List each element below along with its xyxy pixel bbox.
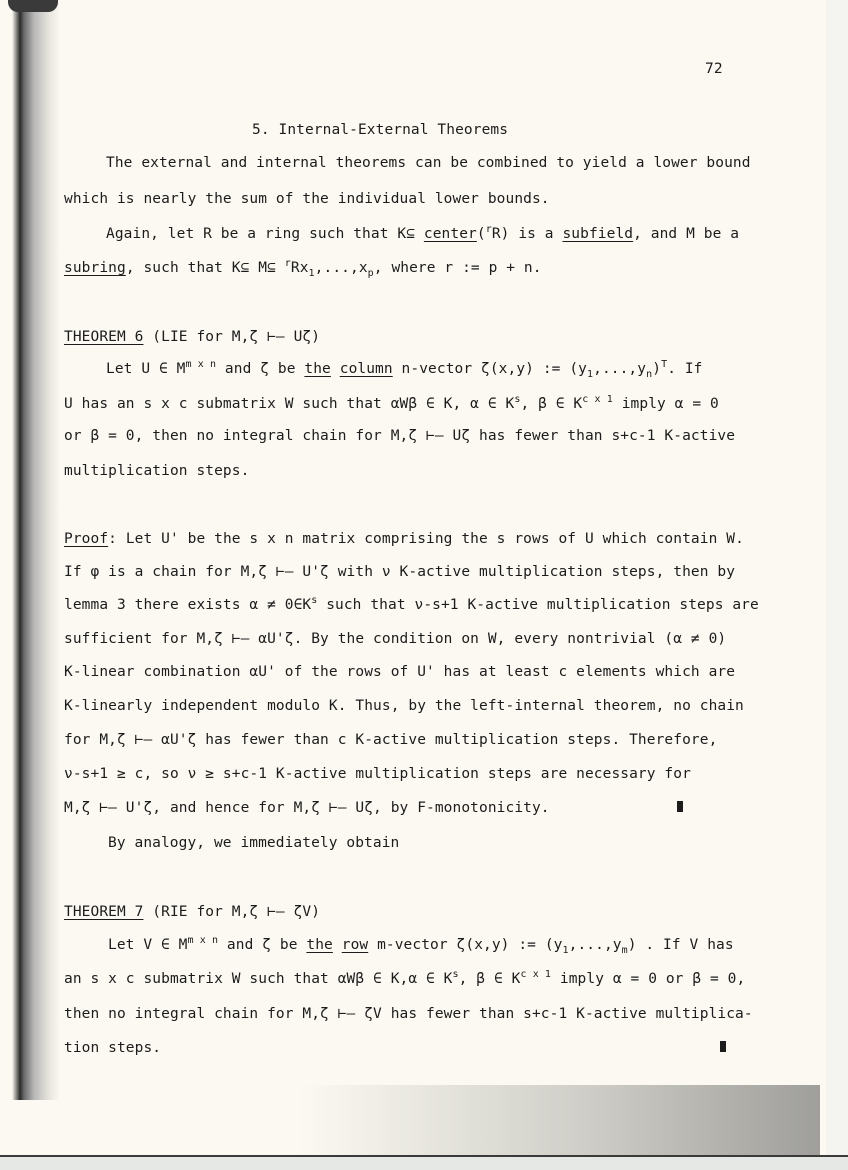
superscript: m x n	[187, 935, 218, 946]
underlined-term: center	[424, 226, 477, 242]
text: n-vector ζ(x,y) := (y	[393, 361, 587, 377]
underlined-term: the	[304, 361, 331, 377]
proof-line-9: M,ζ ⊢— U'ζ, and hence for M,ζ ⊢— Uζ, by …	[64, 800, 550, 816]
theorem-6-line-3: or β = 0, then no integral chain for M,ζ…	[64, 428, 735, 444]
text	[331, 361, 340, 377]
theorem-6-heading: THEOREM 6 (LIE for M,ζ ⊢— Uζ)	[64, 329, 320, 345]
page-number: 72	[705, 61, 723, 77]
text: ,...,y	[569, 937, 622, 953]
qed-square-icon	[677, 801, 683, 812]
text: imply α = 0	[613, 396, 719, 412]
theorem-7-line-4: tion steps.	[64, 1040, 161, 1056]
theorem-label: THEOREM 7	[64, 904, 143, 920]
text: Let V ∈ M	[108, 937, 187, 953]
binding-shadow	[0, 0, 60, 1100]
text: R) is a	[492, 226, 563, 242]
underlined-term: the	[306, 937, 333, 953]
text: , such that K⊆ M⊆	[126, 260, 285, 276]
text: ) . If V has	[628, 937, 734, 953]
text: ,...,x	[315, 260, 368, 276]
text: )	[652, 361, 661, 377]
text: (	[477, 226, 486, 242]
intro-line-1: The external and internal theorems can b…	[106, 155, 751, 171]
qed-square-icon	[720, 1041, 726, 1052]
section-heading: 5. Internal-External Theorems	[252, 122, 508, 138]
superscript: m x n	[185, 359, 216, 370]
theorem-6-line-2: U has an s x c submatrix W such that αWβ…	[64, 396, 719, 412]
intro-line-4: subring, such that K⊆ M⊆ rRx1,...,xp, wh…	[64, 260, 542, 276]
text: an s x c submatrix W such that αWβ ∈ K,α…	[64, 971, 453, 987]
qed-mark-2	[720, 1040, 726, 1056]
underlined-term: row	[342, 937, 369, 953]
theorem-7-line-1: Let V ∈ Mm x n and ζ be the row m-vector…	[108, 937, 734, 953]
intro-line-3: Again, let R be a ring such that K⊆ cent…	[106, 226, 739, 242]
binding-shadow-top	[8, 0, 58, 12]
theorem-label: THEOREM 6	[64, 329, 143, 345]
text: , β ∈ K	[459, 971, 521, 987]
page-bottom-edge	[0, 1155, 848, 1170]
text: ,...,y	[593, 361, 646, 377]
proof-line-7: for M,ζ ⊢— αU'ζ has fewer than c K-activ…	[64, 732, 717, 748]
theorem-7-line-2: an s x c submatrix W such that αWβ ∈ K,α…	[64, 971, 745, 987]
theorem-7-heading: THEOREM 7 (RIE for M,ζ ⊢— ζV)	[64, 904, 320, 920]
text: and ζ be	[218, 937, 306, 953]
superscript: c x 1	[582, 394, 613, 405]
scanned-page: 72 5. Internal-External Theorems The ext…	[0, 0, 848, 1170]
text: imply α = 0 or β = 0,	[551, 971, 745, 987]
proof-line-8: ν-s+1 ≥ c, so ν ≥ s+c-1 K-active multipl…	[64, 766, 691, 782]
intro-line-2: which is nearly the sum of the individua…	[64, 191, 550, 207]
text: lemma 3 there exists α ≠ 0∈K	[64, 597, 311, 613]
text: and ζ be	[216, 361, 304, 377]
text: Rx	[291, 260, 309, 276]
theorem-6-line-1: Let U ∈ Mm x n and ζ be the column n-vec…	[106, 361, 703, 377]
text: : Let U' be the s x n matrix comprising …	[108, 531, 744, 547]
text: U has an s x c submatrix W such that αWβ…	[64, 396, 514, 412]
text	[333, 937, 342, 953]
theorem-7-line-3: then no integral chain for M,ζ ⊢— ζV has…	[64, 1006, 753, 1022]
underlined-term: column	[340, 361, 393, 377]
theorem-6-line-4: multiplication steps.	[64, 463, 249, 479]
analogy-line: By analogy, we immediately obtain	[108, 835, 399, 851]
text: such that ν-s+1 K-active multiplication …	[317, 597, 759, 613]
superscript: c x 1	[520, 969, 551, 980]
text: Let U ∈ M	[106, 361, 185, 377]
proof-line-3: lemma 3 there exists α ≠ 0∈Ks such that …	[64, 597, 759, 613]
text: , where r := p + n.	[374, 260, 542, 276]
text: m-vector ζ(x,y) := (y	[368, 937, 562, 953]
underlined-term: subring	[64, 260, 126, 276]
text: , β ∈ K	[520, 396, 582, 412]
proof-line-6: K-linearly independent modulo K. Thus, b…	[64, 698, 744, 714]
proof-line-4: sufficient for M,ζ ⊢— αU'ζ. By the condi…	[64, 631, 726, 647]
text: Again, let R be a ring such that K⊆	[106, 226, 424, 242]
proof-label: Proof	[64, 531, 108, 547]
text: . If	[667, 361, 702, 377]
proof-line-2: If φ is a chain for M,ζ ⊢— U'ζ with ν K-…	[64, 564, 735, 580]
text: (LIE for M,ζ ⊢— Uζ)	[143, 329, 320, 345]
text: , and M be a	[633, 226, 739, 242]
proof-line-1: Proof: Let U' be the s x n matrix compri…	[64, 531, 744, 547]
bottom-scan-shadow	[300, 1085, 820, 1155]
text: (RIE for M,ζ ⊢— ζV)	[143, 904, 320, 920]
underlined-term: subfield	[562, 226, 633, 242]
page-right-edge	[826, 0, 848, 1160]
qed-mark	[677, 800, 683, 816]
proof-line-5: K-linear combination αU' of the rows of …	[64, 664, 735, 680]
